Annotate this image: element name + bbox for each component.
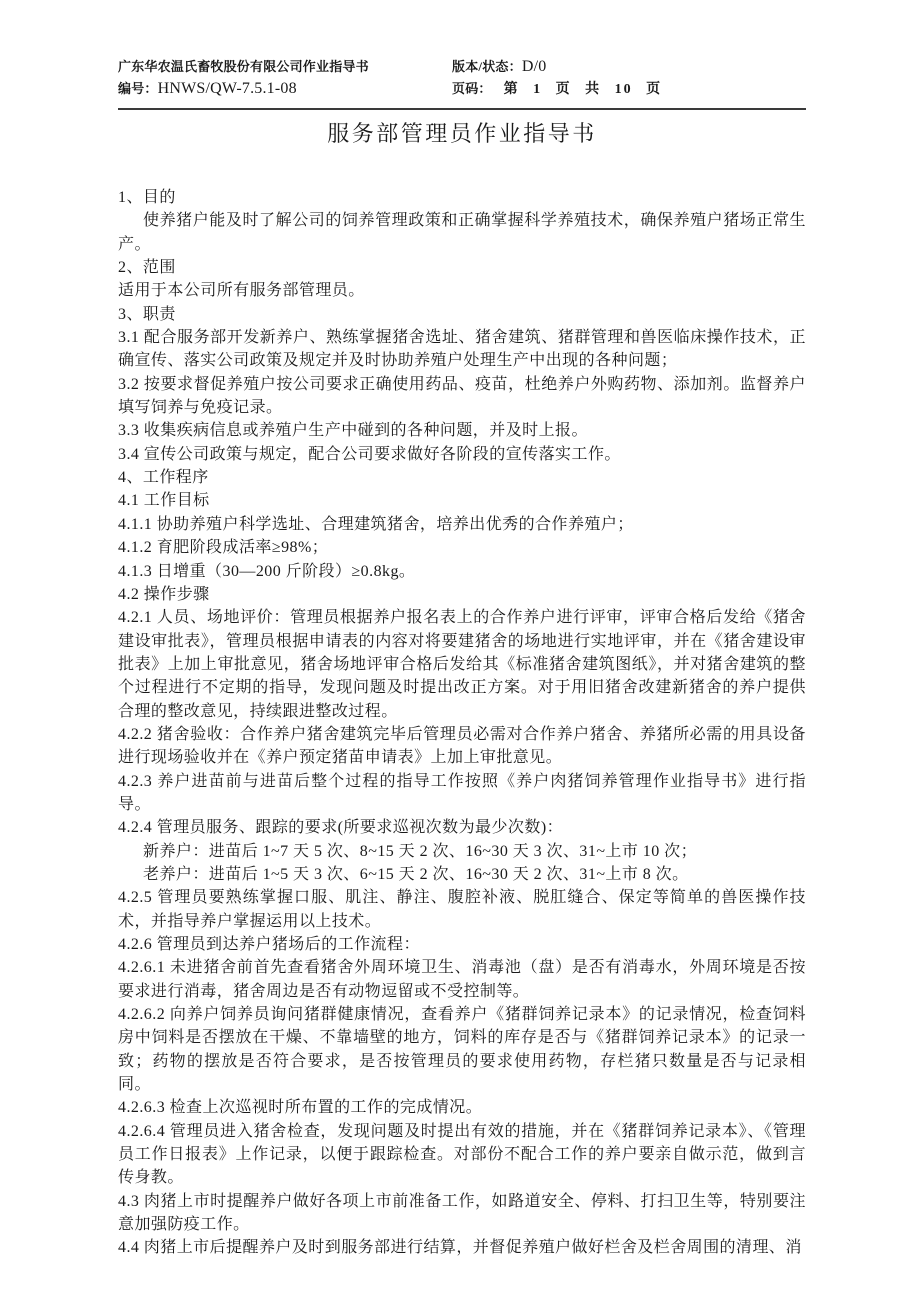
para-3-4: 3.4 宣传公司政策与规定，配合公司要求做好各阶段的宣传落实工作。 — [118, 443, 806, 466]
para-4-2-6-1: 4.2.6.1 未进猪舍前首先查看猪舍外周环境卫生、消毒池（盘）是否有消毒水，外… — [118, 956, 806, 1003]
version-label: 版本/状态： — [452, 59, 522, 74]
sec2-body: 适用于本公司所有服务部管理员。 — [118, 279, 806, 302]
header-company-cell: 广东华农温氏畜牧股份有限公司作业指导书 — [118, 56, 452, 78]
para-new-farmers: 新养户：进苗后 1~7 天 5 次、8~15 天 2 次、16~30 天 3 次… — [118, 840, 806, 863]
para-4-4: 4.4 肉猪上市后提醒养户及时到服务部进行结算，并督促养殖户做好栏舍及栏舍周围的… — [118, 1236, 806, 1259]
para-4-2-6-4: 4.2.6.4 管理员进入猪舍检查，发现问题及时提出有效的措施，并在《猪群饲养记… — [118, 1120, 806, 1190]
para-4-2-3: 4.2.3 养户进苗前与进苗后整个过程的指导工作按照《养户肉猪饲养管理作业指导书… — [118, 770, 806, 817]
header-divider — [118, 108, 806, 110]
doc-no-label: 编号： — [118, 81, 158, 96]
para-4-2-1: 4.2.1 人员、场地评价：管理员根据养户报名表上的合作养户进行评审，评审合格后… — [118, 606, 806, 723]
para-3-3: 3.3 收集疾病信息或养殖户生产中碰到的各种问题，并及时上报。 — [118, 419, 806, 442]
header-row-1: 广东华农温氏畜牧股份有限公司作业指导书 版本/状态：D/0 — [118, 56, 806, 78]
para-4-2-6-3: 4.2.6.3 检查上次巡视时所布置的工作的完成情况。 — [118, 1096, 806, 1119]
para-4-2: 4.2 操作步骤 — [118, 583, 806, 606]
para-4-2-6-2: 4.2.6.2 向养户饲养员询问猪群健康情况，查看养户《猪群饲养记录本》的记录情… — [118, 1003, 806, 1096]
company-name: 广东华农温氏畜牧股份有限公司作业指导书 — [118, 59, 369, 74]
sec3-heading: 3、职责 — [118, 303, 806, 326]
sec1-body: 使养猪户能及时了解公司的饲养管理政策和正确掌握科学养殖技术，确保养殖户猪场正常生… — [118, 209, 806, 256]
para-4-1-2: 4.1.2 育肥阶段成活率≥98%； — [118, 536, 806, 559]
header-docno-cell: 编号：HNWS/QW-7.5.1-08 — [118, 78, 452, 100]
para-4-1-1: 4.1.1 协助养殖户科学选址、合理建筑猪舍，培养出优秀的合作养殖户； — [118, 513, 806, 536]
doc-no-value: HNWS/QW-7.5.1-08 — [158, 80, 297, 97]
version-value: D/0 — [522, 58, 547, 75]
page-label: 页码： — [452, 81, 492, 96]
para-4-1-3: 4.1.3 日增重（30—200 斤阶段）≥0.8kg。 — [118, 560, 806, 583]
document-body: 1、目的 使养猪户能及时了解公司的饲养管理政策和正确掌握科学养殖技术，确保养殖户… — [118, 186, 806, 1260]
header-row-2: 编号：HNWS/QW-7.5.1-08 页码：第 1 页 共 10 页 — [118, 78, 806, 101]
para-4-2-4: 4.2.4 管理员服务、跟踪的要求(所要求巡视次数为最少次数)： — [118, 816, 806, 839]
para-4-2-5: 4.2.5 管理员要熟练掌握口服、肌注、静注、腹腔补液、脱肛缝合、保定等简单的兽… — [118, 886, 806, 933]
para-old-farmers: 老养户：进苗后 1~5 天 3 次、6~15 天 2 次、16~30 天 2 次… — [118, 863, 806, 886]
para-4-2-6: 4.2.6 管理员到达养户猪场后的工作流程： — [118, 933, 806, 956]
para-4-1: 4.1 工作目标 — [118, 489, 806, 512]
para-4-3: 4.3 肉猪上市时提醒养户做好各项上市前准备工作，如路道安全、停料、打扫卫生等，… — [118, 1190, 806, 1237]
header-page-cell: 页码：第 1 页 共 10 页 — [452, 78, 806, 101]
document-header: 广东华农温氏畜牧股份有限公司作业指导书 版本/状态：D/0 编号：HNWS/QW… — [118, 56, 806, 110]
para-3-1: 3.1 配合服务部开发新养户、熟练掌握猪舍选址、猪舍建筑、猪群管理和兽医临床操作… — [118, 326, 806, 373]
header-version-cell: 版本/状态：D/0 — [452, 56, 806, 78]
page-value: 第 1 页 共 10 页 — [504, 82, 663, 97]
para-4-2-2: 4.2.2 猪舍验收：合作养户猪舍建筑完毕后管理员必需对合作养户猪舍、养猪所必需… — [118, 723, 806, 770]
sec1-heading: 1、目的 — [118, 186, 806, 209]
document-page: 广东华农温氏畜牧股份有限公司作业指导书 版本/状态：D/0 编号：HNWS/QW… — [0, 0, 920, 1302]
para-3-2: 3.2 按要求督促养殖户按公司要求正确使用药品、疫苗，杜绝养户外购药物、添加剂。… — [118, 373, 806, 420]
sec4-heading: 4、工作程序 — [118, 466, 806, 489]
document-title: 服务部管理员作业指导书 — [118, 122, 806, 146]
sec2-heading: 2、范围 — [118, 256, 806, 279]
